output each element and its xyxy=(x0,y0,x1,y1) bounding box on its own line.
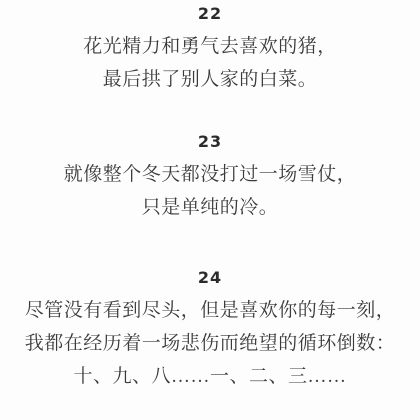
quote-line: 我都在经历着一场悲伤而绝望的循环倒数： xyxy=(0,327,420,360)
quote-section-22: 22 花光精力和勇气去喜欢的猪， 最后拱了别人家的白菜。 xyxy=(0,2,420,96)
quote-line: 最后拱了别人家的白菜。 xyxy=(0,63,420,96)
quote-section-24: 24 尽管没有看到尽头，但是喜欢你的每一刻， 我都在经历着一场悲伤而绝望的循环倒… xyxy=(0,266,420,393)
quote-line: 就像整个冬天都没打过一场雪仗， xyxy=(0,158,420,191)
quote-number: 24 xyxy=(0,266,420,290)
quote-line: 尽管没有看到尽头，但是喜欢你的每一刻， xyxy=(0,294,420,327)
quote-line: 只是单纯的冷。 xyxy=(0,191,420,224)
quote-section-23: 23 就像整个冬天都没打过一场雪仗， 只是单纯的冷。 xyxy=(0,130,420,224)
quote-number: 22 xyxy=(0,2,420,26)
quote-line: 十、九、八……一、二、三…… xyxy=(0,360,420,393)
quote-number: 23 xyxy=(0,130,420,154)
quote-line: 花光精力和勇气去喜欢的猪， xyxy=(0,30,420,63)
quotes-page: 22 花光精力和勇气去喜欢的猪， 最后拱了别人家的白菜。 23 就像整个冬天都没… xyxy=(0,0,420,420)
